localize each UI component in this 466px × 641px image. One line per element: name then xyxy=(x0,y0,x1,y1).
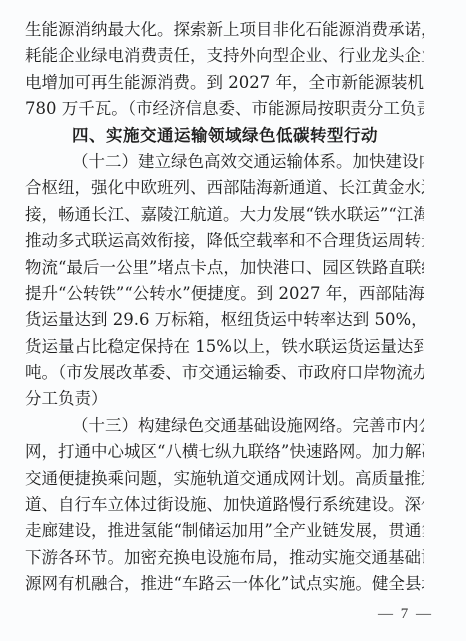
body-text-line: 吨。（市发展改革委、市交通运输委、市政府口岸物流办按职责 xyxy=(25,360,424,386)
body-text-line: 分工负责） xyxy=(25,386,424,412)
body-text-line: 耗能企业绿电消费责任，支持外向型企业、行业龙头企业使用绿 xyxy=(25,43,424,69)
page-number: — 7 — xyxy=(378,606,433,623)
body-text: 完善市内公共交通路 xyxy=(353,416,425,435)
subsection-13-first-line: （十三）构建绿色交通基础设施网络。完善市内公共交通路 xyxy=(25,413,424,439)
body-text-line: 源网有机融合，推进“车路云一体化”试点实施。健全县域、乡 xyxy=(25,571,424,597)
body-text-line: 下游各环节。加密充换电设施布局，推动实施交通基础设施与能 xyxy=(25,545,424,571)
body-text-line: 推动多式联运高效衔接，降低空载率和不合理货运周转量。针对 xyxy=(25,228,424,254)
body-text-line: 货运量占比稳定保持在 15%以上，铁水联运货运量达到 2800 万 xyxy=(25,334,424,360)
body-text-line: 网，打通中心城区“八横七纵九联络”快速路网。加力解决轨道 xyxy=(25,439,424,465)
body-text-line: 交通便捷换乘问题，实施轨道交通成网计划。高质量推进山城步 xyxy=(25,466,424,492)
section-heading: 四、实施交通运输领域绿色低碳转型行动 xyxy=(25,123,424,149)
document-page: 生能源消纳最大化。探索新上项目非化石能源消费承诺，强化高 耗能企业绿电消费责任，… xyxy=(25,17,424,598)
body-text-line: 走廊建设，推进氢能“制储运加用”全产业链发展，贯通氢能上 xyxy=(25,518,424,544)
subsection-title: （十三）构建绿色交通基础设施网络。 xyxy=(72,416,353,435)
body-text-line: 电增加可再生能源消费。到 2027 年，全市新能源装机规模达到 xyxy=(25,70,424,96)
body-text-line: 道、自行车立体过街设施、加快道路慢行系统建设。深化成渝氢 xyxy=(25,492,424,518)
subsection-title: （十二）建立绿色高效交通运输体系。 xyxy=(72,152,353,171)
body-text-line: 接，畅通长江、嘉陵江航道。大力发展“铁水联运”“江海联运”， xyxy=(25,202,424,228)
body-text-line: 货运量达到 29.6 万标箱，枢纽货运中转率达到 50%，铁路及水运 xyxy=(25,307,424,333)
body-text-line: 780 万千瓦。（市经济信息委、市能源局按职责分工负责） xyxy=(25,96,424,122)
body-text-line: 生能源消纳最大化。探索新上项目非化石能源消费承诺，强化高 xyxy=(25,17,424,43)
subsection-12-first-line: （十二）建立绿色高效交通运输体系。加快建设内陆开放综 xyxy=(25,149,424,175)
body-text-line: 物流“最后一公里”堵点卡点，加快港口、园区铁路直联线建设， xyxy=(25,255,424,281)
body-text-line: 合枢纽，强化中欧班列、西部陆海新通道、长江黄金水道高效衔 xyxy=(25,175,424,201)
body-text: 加快建设内陆开放综 xyxy=(353,152,425,171)
body-text-line: 提升“公转铁”“公转水”便捷度。到 2027 年，西部陆海新通道 xyxy=(25,281,424,307)
